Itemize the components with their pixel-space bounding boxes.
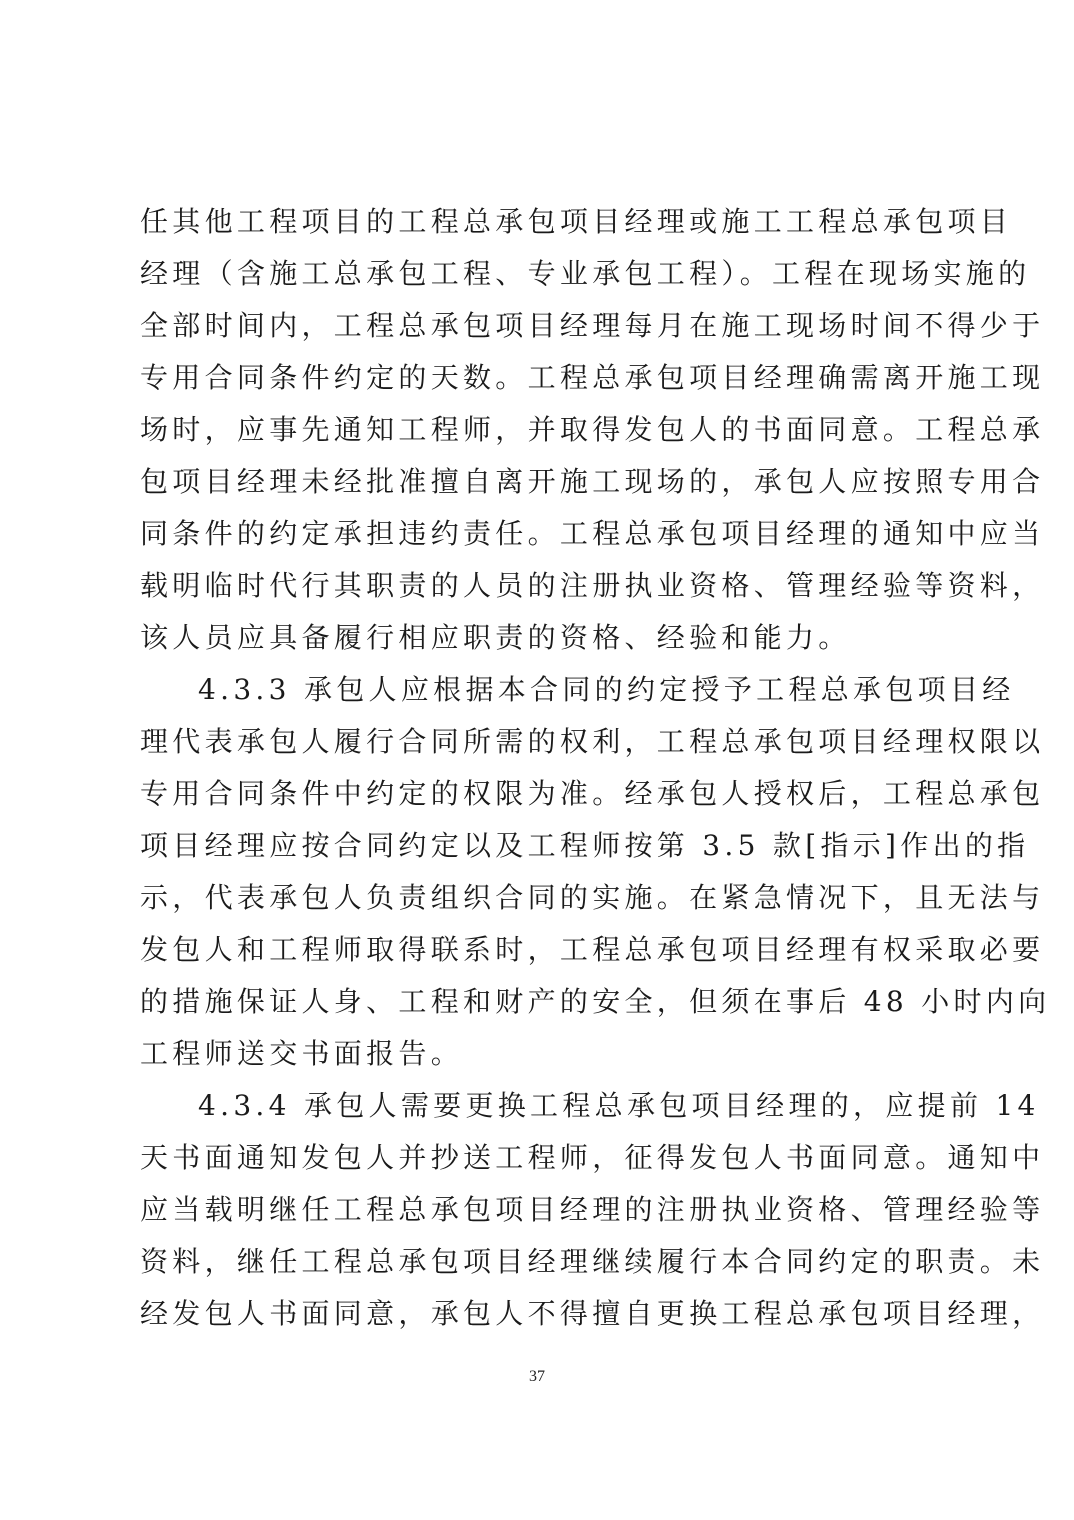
text-line: 应当载明继任工程总承包项目经理的注册执业资格、管理经验等 <box>140 1184 940 1236</box>
clause-heading-line: 4.3.4 承包人需要更换工程总承包项目经理的，应提前 14 <box>140 1080 940 1132</box>
text-line: 专用合同条件约定的天数。工程总承包项目经理确需离开施工现 <box>140 352 940 404</box>
text-line: 发包人和工程师取得联系时，工程总承包项目经理有权采取必要 <box>140 924 940 976</box>
paragraph-4-3-4: 4.3.4 承包人需要更换工程总承包项目经理的，应提前 14 天书面通知发包人并… <box>140 1080 940 1340</box>
text-line: 天书面通知发包人并抄送工程师，征得发包人书面同意。通知中 <box>140 1132 940 1184</box>
text-line: 全部时间内，工程总承包项目经理每月在施工现场时间不得少于 <box>140 300 940 352</box>
paragraph-4-3-3: 4.3.3 承包人应根据本合同的约定授予工程总承包项目经 理代表承包人履行合同所… <box>140 664 940 1080</box>
text-line: 同条件的约定承担违约责任。工程总承包项目经理的通知中应当 <box>140 508 940 560</box>
text-line: 资料，继任工程总承包项目经理继续履行本合同约定的职责。未 <box>140 1236 940 1288</box>
paragraph-continuation: 任其他工程项目的工程总承包项目经理或施工工程总承包项目 经理（含施工总承包工程、… <box>140 196 940 664</box>
document-page: 任其他工程项目的工程总承包项目经理或施工工程总承包项目 经理（含施工总承包工程、… <box>0 0 1074 1520</box>
text-line: 经理（含施工总承包工程、专业承包工程）。工程在现场实施的 <box>140 248 940 300</box>
text-line: 的措施保证人身、工程和财产的安全，但须在事后 48 小时内向 <box>140 976 940 1028</box>
text-line: 场时，应事先通知工程师，并取得发包人的书面同意。工程总承 <box>140 404 940 456</box>
text-line: 示，代表承包人负责组织合同的实施。在紧急情况下，且无法与 <box>140 872 940 924</box>
text-line: 专用合同条件中约定的权限为准。经承包人授权后，工程总承包 <box>140 768 940 820</box>
clause-heading-line: 4.3.3 承包人应根据本合同的约定授予工程总承包项目经 <box>140 664 940 716</box>
text-line: 项目经理应按合同约定以及工程师按第 3.5 款[指示]作出的指 <box>140 820 940 872</box>
text-line: 载明临时代行其职责的人员的注册执业资格、管理经验等资料， <box>140 560 940 612</box>
text-line: 该人员应具备履行相应职责的资格、经验和能力。 <box>140 612 940 664</box>
text-line: 任其他工程项目的工程总承包项目经理或施工工程总承包项目 <box>140 196 940 248</box>
text-line: 经发包人书面同意，承包人不得擅自更换工程总承包项目经理， <box>140 1288 940 1340</box>
body-text: 任其他工程项目的工程总承包项目经理或施工工程总承包项目 经理（含施工总承包工程、… <box>140 196 940 1340</box>
text-line: 工程师送交书面报告。 <box>140 1028 940 1080</box>
page-number: 37 <box>0 1368 1074 1386</box>
text-line: 包项目经理未经批准擅自离开施工现场的，承包人应按照专用合 <box>140 456 940 508</box>
text-line: 理代表承包人履行合同所需的权利，工程总承包项目经理权限以 <box>140 716 940 768</box>
